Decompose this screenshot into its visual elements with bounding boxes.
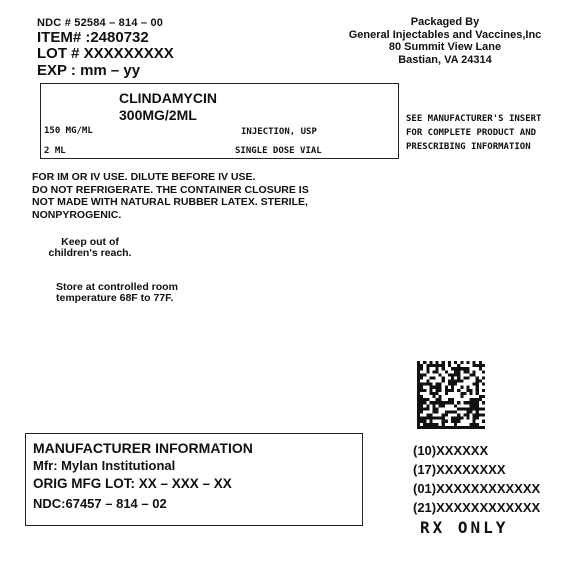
lot-number: LOT # XXXXXXXXX [37, 45, 174, 62]
manufacturer-name: Mfr: Mylan Institutional [33, 458, 175, 473]
storage-line: temperature 68F to 77F. [56, 293, 178, 304]
gs1-field-expiry: (17)XXXXXXXX [413, 460, 540, 479]
packager-company: General Injectables and Vaccines,Inc [332, 29, 558, 42]
gs1-field-serial: (21)XXXXXXXXXXXX [413, 498, 540, 517]
insert-note-line: FOR COMPLETE PRODUCT AND [406, 126, 541, 140]
storage-instructions: Store at controlled room temperature 68F… [56, 282, 178, 304]
packager-city: Bastian, VA 24314 [332, 54, 558, 67]
usage-warnings: FOR IM OR IV USE. DILUTE BEFORE IV USE. … [32, 171, 309, 221]
gs1-field-batch: (10)XXXXXX [413, 441, 540, 460]
datamatrix-icon [417, 361, 485, 429]
warning-line: NONPYROGENIC. [32, 209, 309, 222]
manufacturer-lot: ORIG MFG LOT: XX – XXX – XX [33, 476, 232, 491]
vial-type: SINGLE DOSE VIAL [235, 146, 322, 156]
warning-line: FOR IM OR IV USE. DILUTE BEFORE IV USE. [32, 171, 309, 184]
rx-only: RX ONLY [420, 518, 508, 537]
packager-heading: Packaged By [332, 16, 558, 29]
insert-note-line: SEE MANUFACTURER'S INSERT [406, 112, 541, 126]
insert-note: SEE MANUFACTURER'S INSERT FOR COMPLETE P… [406, 112, 541, 154]
warning-line: NOT MADE WITH NATURAL RUBBER LATEX. STER… [32, 196, 309, 209]
packager-street: 80 Summit View Lane [332, 41, 558, 54]
insert-note-line: PRESCRIBING INFORMATION [406, 140, 541, 154]
gs1-field-gtin: (01)XXXXXXXXXXXX [413, 479, 540, 498]
keep-out-of-reach: Keep out of children's reach. [40, 237, 140, 259]
drug-volume: 2 ML [44, 146, 66, 156]
manufacturer-ndc: NDC:67457 – 814 – 02 [33, 496, 167, 511]
packager-ndc: NDC # 52584 – 814 – 00 [37, 17, 163, 29]
warning-line: DO NOT REFRIGERATE. THE CONTAINER CLOSUR… [32, 184, 309, 197]
gs1-fields: (10)XXXXXX (17)XXXXXXXX (01)XXXXXXXXXXXX… [413, 441, 540, 517]
item-number: ITEM# :2480732 [37, 29, 149, 46]
packager-info: Packaged By General Injectables and Vacc… [332, 16, 558, 66]
drug-route: INJECTION, USP [241, 127, 317, 137]
manufacturer-info-box: MANUFACTURER INFORMATION Mfr: Mylan Inst… [25, 433, 363, 526]
drug-strength: 300MG/2ML [119, 107, 197, 123]
drug-name: CLINDAMYCIN [119, 90, 217, 106]
drug-info-box: CLINDAMYCIN 300MG/2ML 150 MG/ML 2 ML INJ… [40, 83, 399, 159]
manufacturer-title: MANUFACTURER INFORMATION [33, 440, 253, 456]
keep-line: children's reach. [40, 248, 140, 259]
expiration-date: EXP : mm – yy [37, 62, 140, 79]
drug-concentration: 150 MG/ML [44, 126, 93, 136]
